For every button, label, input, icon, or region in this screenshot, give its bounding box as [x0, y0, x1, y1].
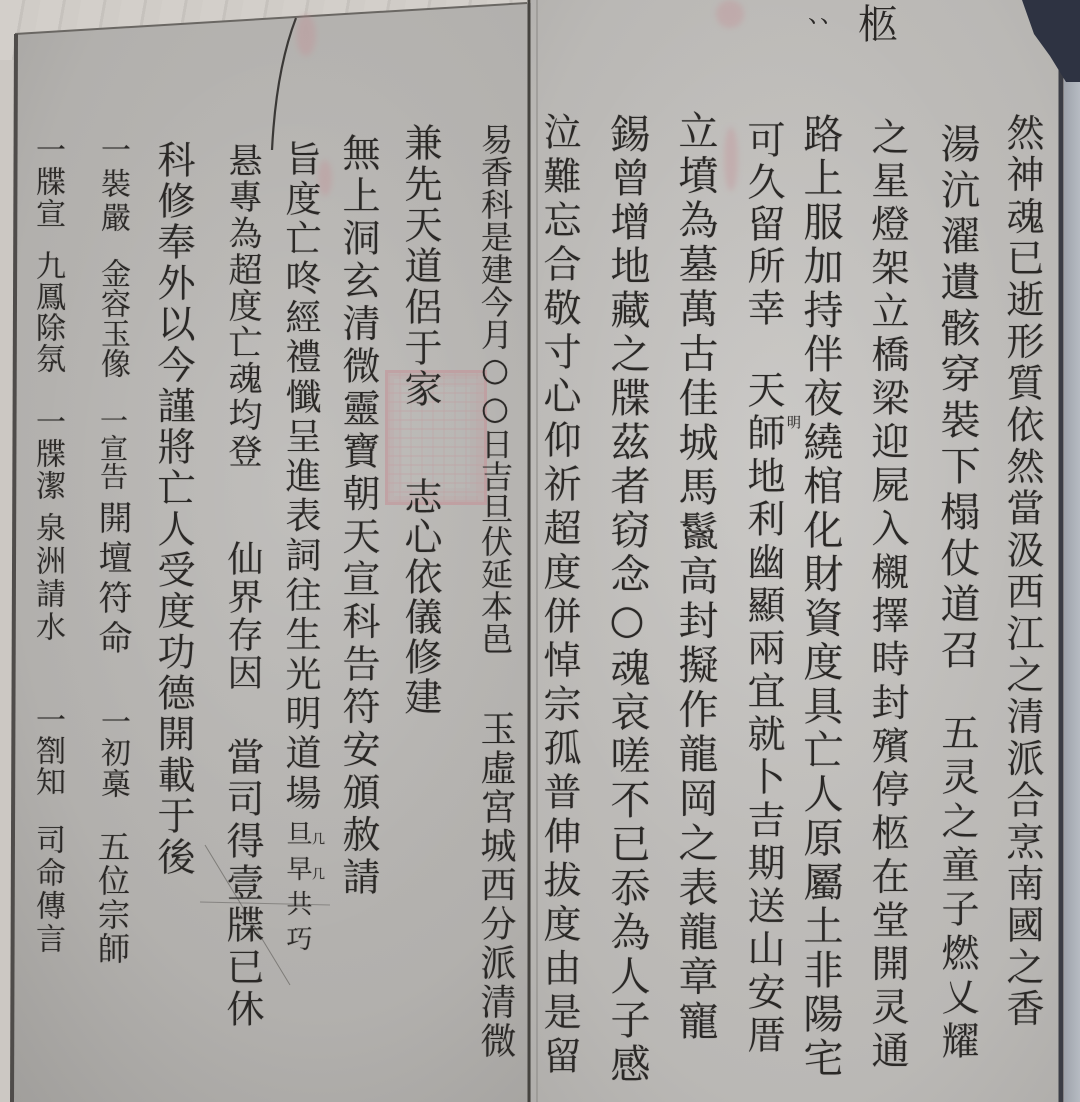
text-segment: 錫曾增地藏之牒茲者窃念○魂哀嗟不已忝為人子感: [607, 113, 647, 1087]
text-segment: 五灵之童子燃乂耀: [938, 713, 976, 1065]
red-stain: [716, 0, 744, 28]
text-segment: 路上服加持伴夜繞棺化財資度具亡人原屬土非陽宅: [800, 113, 840, 1081]
list-item-value: 泉洲請水: [32, 512, 62, 644]
text-segment: 無上洞玄清微靈寶朝天宣科告符安頒赦請: [339, 133, 377, 900]
text-segment: 悬專為超度亡魂均登: [225, 143, 259, 470]
text-segment: 科修奉外以今謹將亡人受度功德開載于後: [154, 140, 192, 878]
list-item-value: 九鳳除氛: [32, 250, 62, 374]
marginal-note: 明: [786, 415, 800, 429]
header-marks: 、、: [808, 2, 844, 26]
left-page-paper: [0, 0, 531, 1102]
list-item-label: 一劄知: [32, 704, 62, 797]
list-item-value: 開壇符命: [95, 500, 129, 660]
text-segment: 當司得壹牒已休: [223, 737, 261, 1031]
list-item-label: 一宣告: [98, 406, 126, 490]
text-segment: 泣難忘合敬寸心仰祈超度併悼宗孤普伸拔度由是留: [540, 112, 578, 1080]
marginal-note: 几几: [310, 832, 323, 902]
list-item-label: 一裝嚴: [97, 134, 127, 236]
text-segment: 可久留所幸: [744, 120, 782, 330]
header-character: 柩: [858, 5, 898, 45]
list-item-value: 五位宗師: [96, 830, 128, 966]
text-segment: 兼先天道侶于家: [401, 123, 439, 410]
red-stain: [296, 14, 316, 56]
list-item-label: 一牒宣: [32, 134, 62, 230]
list-item-value: 金容玉像: [97, 258, 127, 378]
list-item-label: 一牒潔: [32, 406, 62, 502]
text-segment: 志心依儀修建: [401, 477, 439, 717]
text-segment: 之星燈架立橋梁迎屍入櫬擇時封殯停柩在堂開灵通: [868, 117, 906, 1074]
book-edge: [1064, 0, 1080, 1102]
text-segment-small: 旦早共巧: [284, 820, 310, 960]
text-segment: 玉虛宮城西分派清微: [477, 710, 513, 1061]
text-segment: 旨度亡咚經禮懺呈進表詞往生光明道場: [282, 140, 318, 813]
list-item-value: 司命傳言: [32, 824, 62, 956]
text-segment: 湯沆濯遺骸穿裝下榻仗道召: [937, 123, 977, 675]
text-segment: 仙界存因: [224, 540, 260, 692]
text-segment: 立墳為墓萬古佳城馬鬣高封擬作龍岡之表龍章寵: [675, 110, 715, 1045]
list-item-label: 一初槀: [97, 706, 127, 799]
text-segment: 易香科是建今月○○日吉旦伏延本邑: [479, 123, 511, 655]
text-segment: 然神魂已逝形質依然當汲西江之清派合烹南國之香: [1003, 113, 1041, 1030]
text-segment: 天師地利幽顯兩宜就卜吉期送山安厝: [744, 370, 782, 1058]
red-stain: [724, 127, 738, 191]
